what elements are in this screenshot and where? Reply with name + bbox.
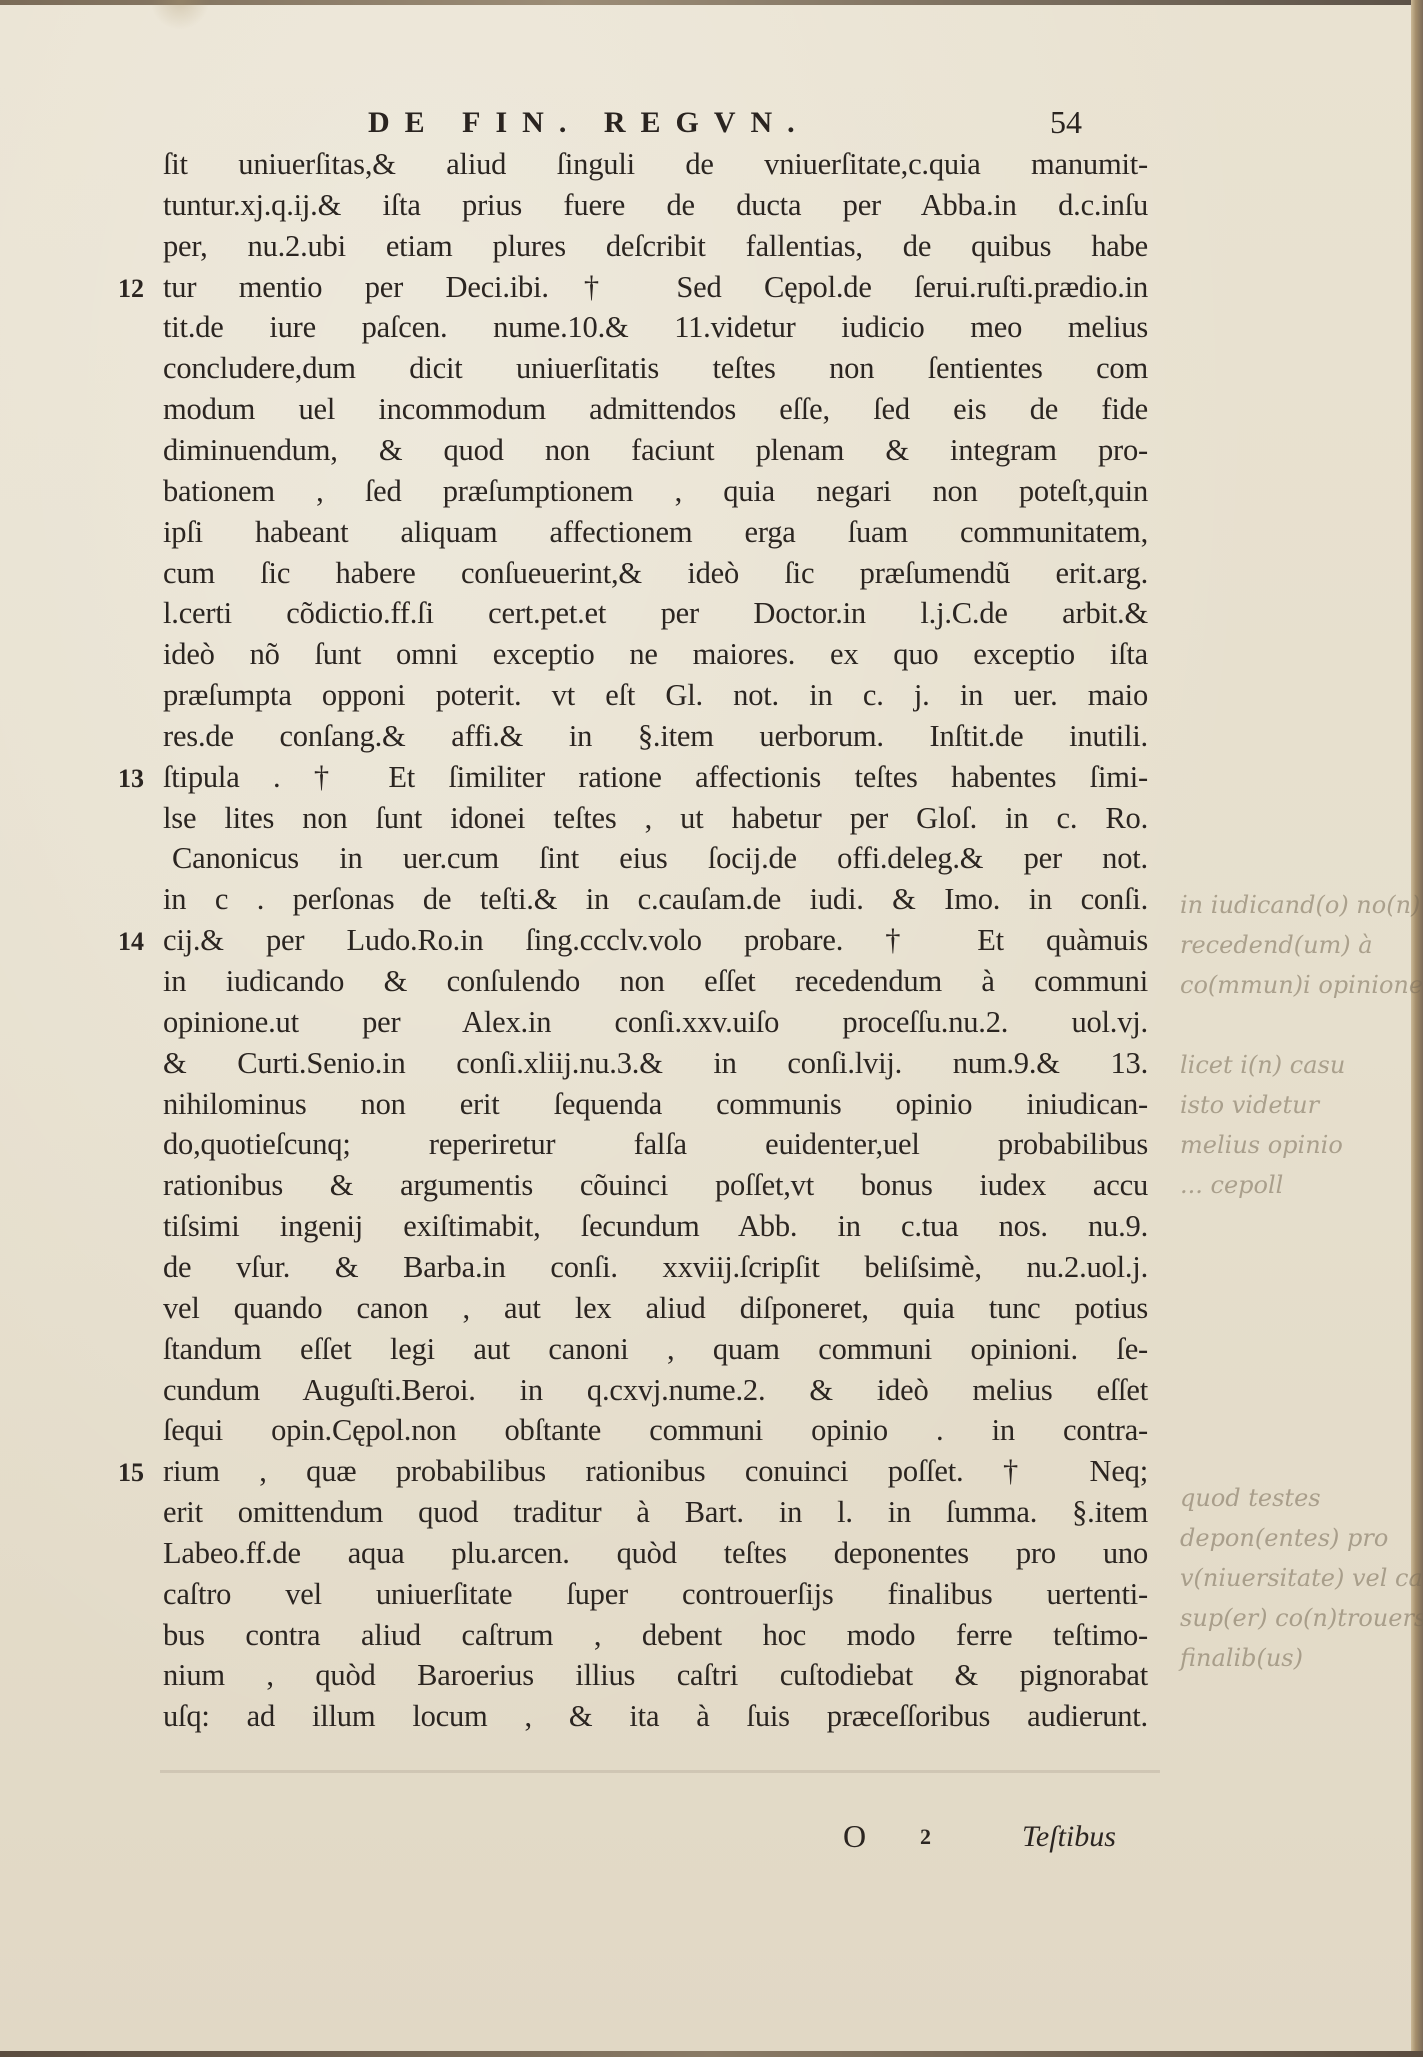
text-line: tit.de iure paſcen. nume.10.& 11.videtur…: [163, 307, 1148, 348]
text-line: res.de conſang.& affi.& in §.item uerbor…: [163, 716, 1148, 757]
text-line: Labeo.ff.de aqua plu.arcen. quòd teſtes …: [163, 1533, 1148, 1574]
text-line: tur mentio per Deci.ibi.† Sed Cępol.de ſ…: [163, 267, 1148, 308]
marginal-note-line: [1180, 1005, 1420, 1045]
text-line: modum uel incommodum admittendos eſſe, ſ…: [163, 389, 1148, 430]
text-line: lse lites non ſunt idonei teſtes , ut ha…: [163, 798, 1148, 839]
text-line: in iudicando & conſulendo non eſſet rece…: [163, 961, 1148, 1002]
signature-number: 2: [920, 1824, 931, 1850]
text-line: bationem , ſed præſumptionem , quia nega…: [163, 471, 1148, 512]
text-line: rium , quæ probabilibus rationibus conui…: [163, 1451, 1148, 1492]
page-footer: O 2 Teſtibus: [0, 1818, 1423, 1862]
section-marker: 12: [118, 267, 160, 308]
catchword: Teſtibus: [1022, 1820, 1116, 1854]
text-line: tuntur.xj.q.ij.& iſta prius fuere de duc…: [163, 185, 1148, 226]
marginal-note-line: ... cepoll: [1180, 1165, 1420, 1205]
marginal-note-line: melius opinio: [1180, 1125, 1420, 1165]
book-page: DE FIN. REGVN. 54 ſit uniuerſitas,& aliu…: [0, 0, 1423, 2057]
text-line: ſequi opin.Cępol.non obſtante communi op…: [163, 1410, 1148, 1451]
text-line: & Curti.Senio.in conſi.xliij.nu.3.& in c…: [163, 1043, 1148, 1084]
marginal-note-line: sup(er) co(n)trouersijs: [1180, 1598, 1420, 1638]
page-stain: [150, 0, 210, 30]
text-line: cij.& per Ludo.Ro.in ſing.ccclv.volo pro…: [163, 920, 1148, 961]
marginal-note-line: v(niuersitate) vel castro: [1180, 1558, 1420, 1598]
text-line: diminuendum, & quod non faciunt plenam &…: [163, 430, 1148, 471]
section-marker: 14: [118, 920, 160, 961]
text-line: nium , quòd Baroerius illius caſtri cuſt…: [163, 1655, 1148, 1696]
text-line: per, nu.2.ubi etiam plures deſcribit fal…: [163, 226, 1148, 267]
text-line: ideò nõ ſunt omni exceptio ne maiores. e…: [163, 634, 1148, 675]
text-line: tiſsimi ingenij exiſtimabit, ſecundum Ab…: [163, 1206, 1148, 1247]
running-title: DE FIN. REGVN.: [368, 106, 810, 140]
text-line: uſq: ad illum locum , & ita à ſuis præce…: [163, 1696, 1148, 1737]
text-line: cundum Auguſti.Beroi. in q.cxvj.nume.2. …: [163, 1370, 1148, 1411]
marginal-note-line: depon(entes) pro: [1180, 1518, 1420, 1558]
text-line: opinione.ut per Alex.in conſi.xxv.uiſo p…: [163, 1002, 1148, 1043]
marginal-note-line: in iudicand(o) no(n): [1180, 885, 1420, 925]
marginal-note-line: recedend(um) à: [1180, 925, 1420, 965]
marginal-note-line: licet i(n) casu: [1180, 1045, 1420, 1085]
text-line: ſtipula . † Et ſimiliter ratione affecti…: [163, 757, 1148, 798]
text-line: concludere,dum dicit uniuerſitatis teſte…: [163, 348, 1148, 389]
text-line: nihilominus non erit ſequenda communis o…: [163, 1084, 1148, 1125]
text-line: rationibus & argumentis cõuinci poſſet,v…: [163, 1165, 1148, 1206]
text-line: præſumpta opponi poterit. vt eſt Gl. not…: [163, 675, 1148, 716]
signature-mark: O: [843, 1818, 866, 1855]
text-line: in c . perſonas de teſti.& in c.cauſam.d…: [163, 879, 1148, 920]
text-line: ſtandum eſſet legi aut canoni , quam com…: [163, 1329, 1148, 1370]
text-line: caſtro vel uniuerſitate ſuper controuerſ…: [163, 1574, 1148, 1615]
marginal-note-line: isto videtur: [1180, 1085, 1420, 1125]
handwritten-marginal-note: in iudicand(o) no(n)recedend(um) àco(mmu…: [1180, 885, 1420, 1205]
section-marker: 13: [118, 757, 160, 798]
text-line: de vſur. & Barba.in conſi. xxviij.ſcripſ…: [163, 1247, 1148, 1288]
marginal-note-line: quod testes: [1180, 1478, 1420, 1518]
text-line: do,quotieſcunq; reperiretur falſa euiden…: [163, 1124, 1148, 1165]
handwritten-marginal-note: quod testesdepon(entes) prov(niuersitate…: [1180, 1478, 1420, 1678]
text-line: bus contra aliud caſtrum , debent hoc mo…: [163, 1615, 1148, 1656]
marginal-note-line: finalib(us): [1180, 1638, 1420, 1678]
text-line: erit omittendum quod traditur à Bart. in…: [163, 1492, 1148, 1533]
show-through-shadow: [160, 1770, 1160, 1773]
text-line: Canonicus in uer.cum ſint eius ſocij.de …: [172, 838, 1148, 879]
text-line: vel quando canon , aut lex aliud diſpone…: [163, 1288, 1148, 1329]
page-header: DE FIN. REGVN. 54: [0, 106, 1423, 146]
text-line: ipſi habeant aliquam affectionem erga ſu…: [163, 512, 1148, 553]
text-line: l.certi cõdictio.ff.ſi cert.pet.et per D…: [163, 593, 1148, 634]
page-number: 54: [1050, 104, 1082, 141]
page-top-edge: [0, 0, 1423, 5]
text-line: cum ſic habere conſueuerint,& ideò ſic p…: [163, 553, 1148, 594]
text-line: ſit uniuerſitas,& aliud ſinguli de vniue…: [163, 144, 1148, 185]
section-marker: 15: [118, 1451, 160, 1492]
page-bottom-edge: [0, 2051, 1423, 2057]
marginal-note-line: co(mmun)i opinione: [1180, 965, 1420, 1005]
